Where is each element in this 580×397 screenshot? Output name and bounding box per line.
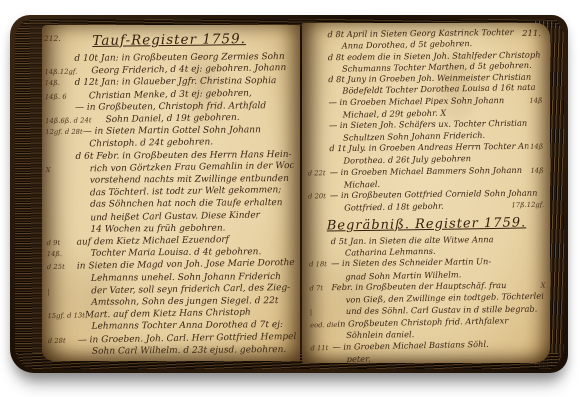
- register-entry-line: Sohn Carl Wilhelm. d 23t ejusd. gebohren…: [48, 344, 298, 358]
- right-page-content: d 8t April in Sieten Georg Kastrinck Toc…: [305, 26, 546, 361]
- entry-text: peter.: [333, 351, 545, 365]
- photo-background: 212. Tauf-Register 1759. d 10t Jan: in G…: [0, 0, 580, 397]
- burial-entries: d 5t Jan. in Sieten die alte Witwe Anna …: [309, 233, 547, 366]
- baptism-register-header: Tauf-Register 1759.: [44, 30, 294, 49]
- margin-note: |: [310, 307, 332, 319]
- baptism-entries-right: d 8t April in Sieten Georg Kastrinck Toc…: [305, 26, 544, 215]
- left-page-content: Tauf-Register 1759. d 10t Jan: in Großbe…: [44, 29, 298, 358]
- fee-note: 17ß.12gf.: [509, 200, 544, 212]
- right-page: 211. d 8t April in Sieten Georg Kastrinc…: [302, 23, 550, 363]
- margin-note: d 25t: [47, 261, 77, 274]
- margin-note: d 20t: [308, 191, 330, 203]
- entry-text: Sohn Carl Wilhelm. d 23t ejusd. gebohren…: [78, 344, 296, 358]
- margin-note: d 7t: [309, 283, 331, 295]
- baptism-entries-left: d 10t Jan: in Großbeuten Georg Zermies S…: [44, 50, 298, 358]
- burial-register-header: Begräbniß. Register 1759.: [308, 214, 544, 235]
- open-register-book: 212. Tauf-Register 1759. d 10t Jan: in G…: [10, 15, 568, 373]
- margin-note: d 18t: [309, 260, 331, 272]
- margin-note: 12gf. d 28t: [45, 126, 83, 139]
- margin-note: d 22t: [308, 168, 330, 180]
- margin-note: 14ß.: [45, 77, 75, 89]
- margin-note: 14ß.: [47, 248, 77, 260]
- entry-text: Gottfried. d 18t gebohr.: [330, 200, 509, 215]
- left-page: 212. Tauf-Register 1759. d 10t Jan: in G…: [42, 25, 300, 361]
